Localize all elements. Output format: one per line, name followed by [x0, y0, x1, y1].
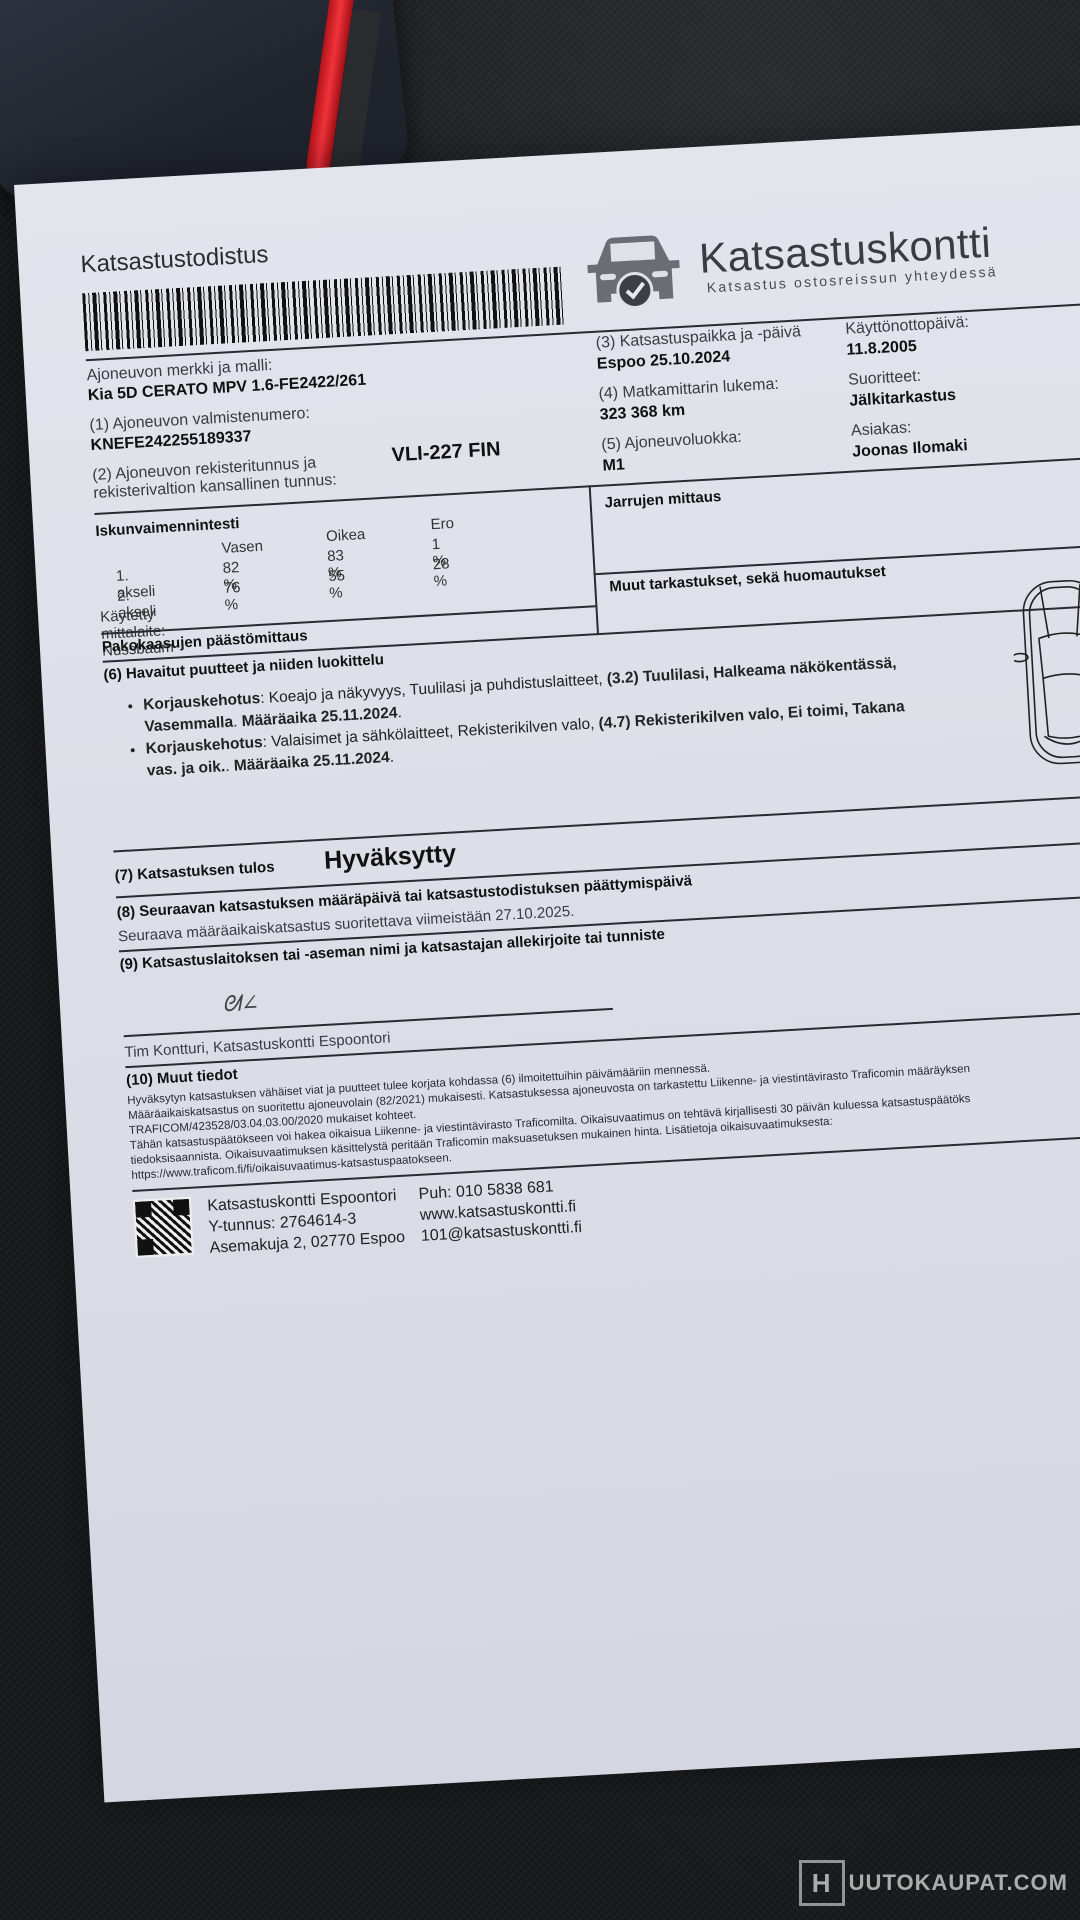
car-check-icon	[578, 230, 690, 312]
col-header-right: Oikea	[326, 526, 366, 545]
odometer-value: 323 368 km	[599, 402, 685, 425]
inspection-certificate: Katsastustodistus Katsastuskontti Katsas…	[14, 119, 1080, 1802]
other-info-title: (10) Muut tiedot	[126, 1066, 238, 1089]
place-date-label: (3) Katsastuspaikka ja -päivä	[595, 323, 801, 352]
footer-contact-block: Puh: 010 5838 681 www.katsastuskontti.fi…	[418, 1175, 582, 1247]
col-header-diff: Ero	[430, 515, 454, 533]
footer-company-block: Katsastuskontti Espoontori Y-tunnus: 276…	[207, 1185, 406, 1259]
brand-logo: Katsastuskontti Katsastus ostosreissun y…	[578, 212, 999, 311]
result-label: (7) Katsastuksen tulos	[114, 859, 275, 885]
column-divider	[589, 485, 599, 635]
defect-text: : Koeajo ja näkyvyys, Tuulilasi ja puhdi…	[260, 671, 608, 707]
customer-value: Joonas Ilomaki	[852, 437, 968, 461]
defect-deadline: Määräaika 25.11.2024	[233, 749, 390, 775]
axle-2-right: 55 %	[328, 567, 347, 602]
result-value: Hyväksytty	[323, 839, 456, 875]
customer-label: Asiakas:	[851, 419, 912, 440]
other-checks-title: Muut tarkastukset, sekä huomautukset	[609, 563, 886, 595]
defect-type: Korjauskehotus	[145, 734, 263, 758]
axle-2-diff: 28 %	[432, 555, 451, 590]
signature: ᘛ∠	[221, 991, 259, 1018]
place-date-value: Espoo 25.10.2024	[596, 348, 730, 373]
odometer-label: (4) Matkamittarin lukema:	[598, 376, 779, 404]
divider	[113, 794, 1080, 852]
watermark-text: UUTOKAUPAT.COM	[849, 1870, 1068, 1896]
barcode	[82, 267, 564, 352]
commissioning-label: Käyttönottopäivä:	[845, 314, 969, 339]
registration-value: VLI-227 FIN	[391, 438, 501, 467]
footer: Katsastuskontti Espoontori Y-tunnus: 276…	[133, 1175, 583, 1263]
commissioning-value: 11.8.2005	[846, 338, 917, 360]
performed-label: Suoritteet:	[848, 368, 922, 390]
defect-type: Korjauskehotus	[143, 690, 261, 714]
vehicle-class-label: (5) Ajoneuvoluokka:	[601, 429, 742, 455]
watermark: H UUTOKAUPAT.COM	[799, 1860, 1068, 1906]
car-diagram-icon	[1010, 574, 1080, 769]
shock-test-title: Iskunvaimennintesti	[95, 515, 240, 540]
divider	[101, 605, 595, 634]
document-title: Katsastustodistus	[80, 241, 269, 279]
performed-value: Jälkitarkastus	[849, 387, 957, 411]
watermark-logo-icon: H	[799, 1860, 845, 1906]
axle-2-left: 76 %	[223, 579, 242, 614]
col-header-left: Vasen	[221, 538, 263, 557]
qr-code-icon	[133, 1197, 194, 1258]
brakes-title: Jarrujen mittaus	[604, 488, 721, 511]
vehicle-class-value: M1	[602, 456, 625, 475]
